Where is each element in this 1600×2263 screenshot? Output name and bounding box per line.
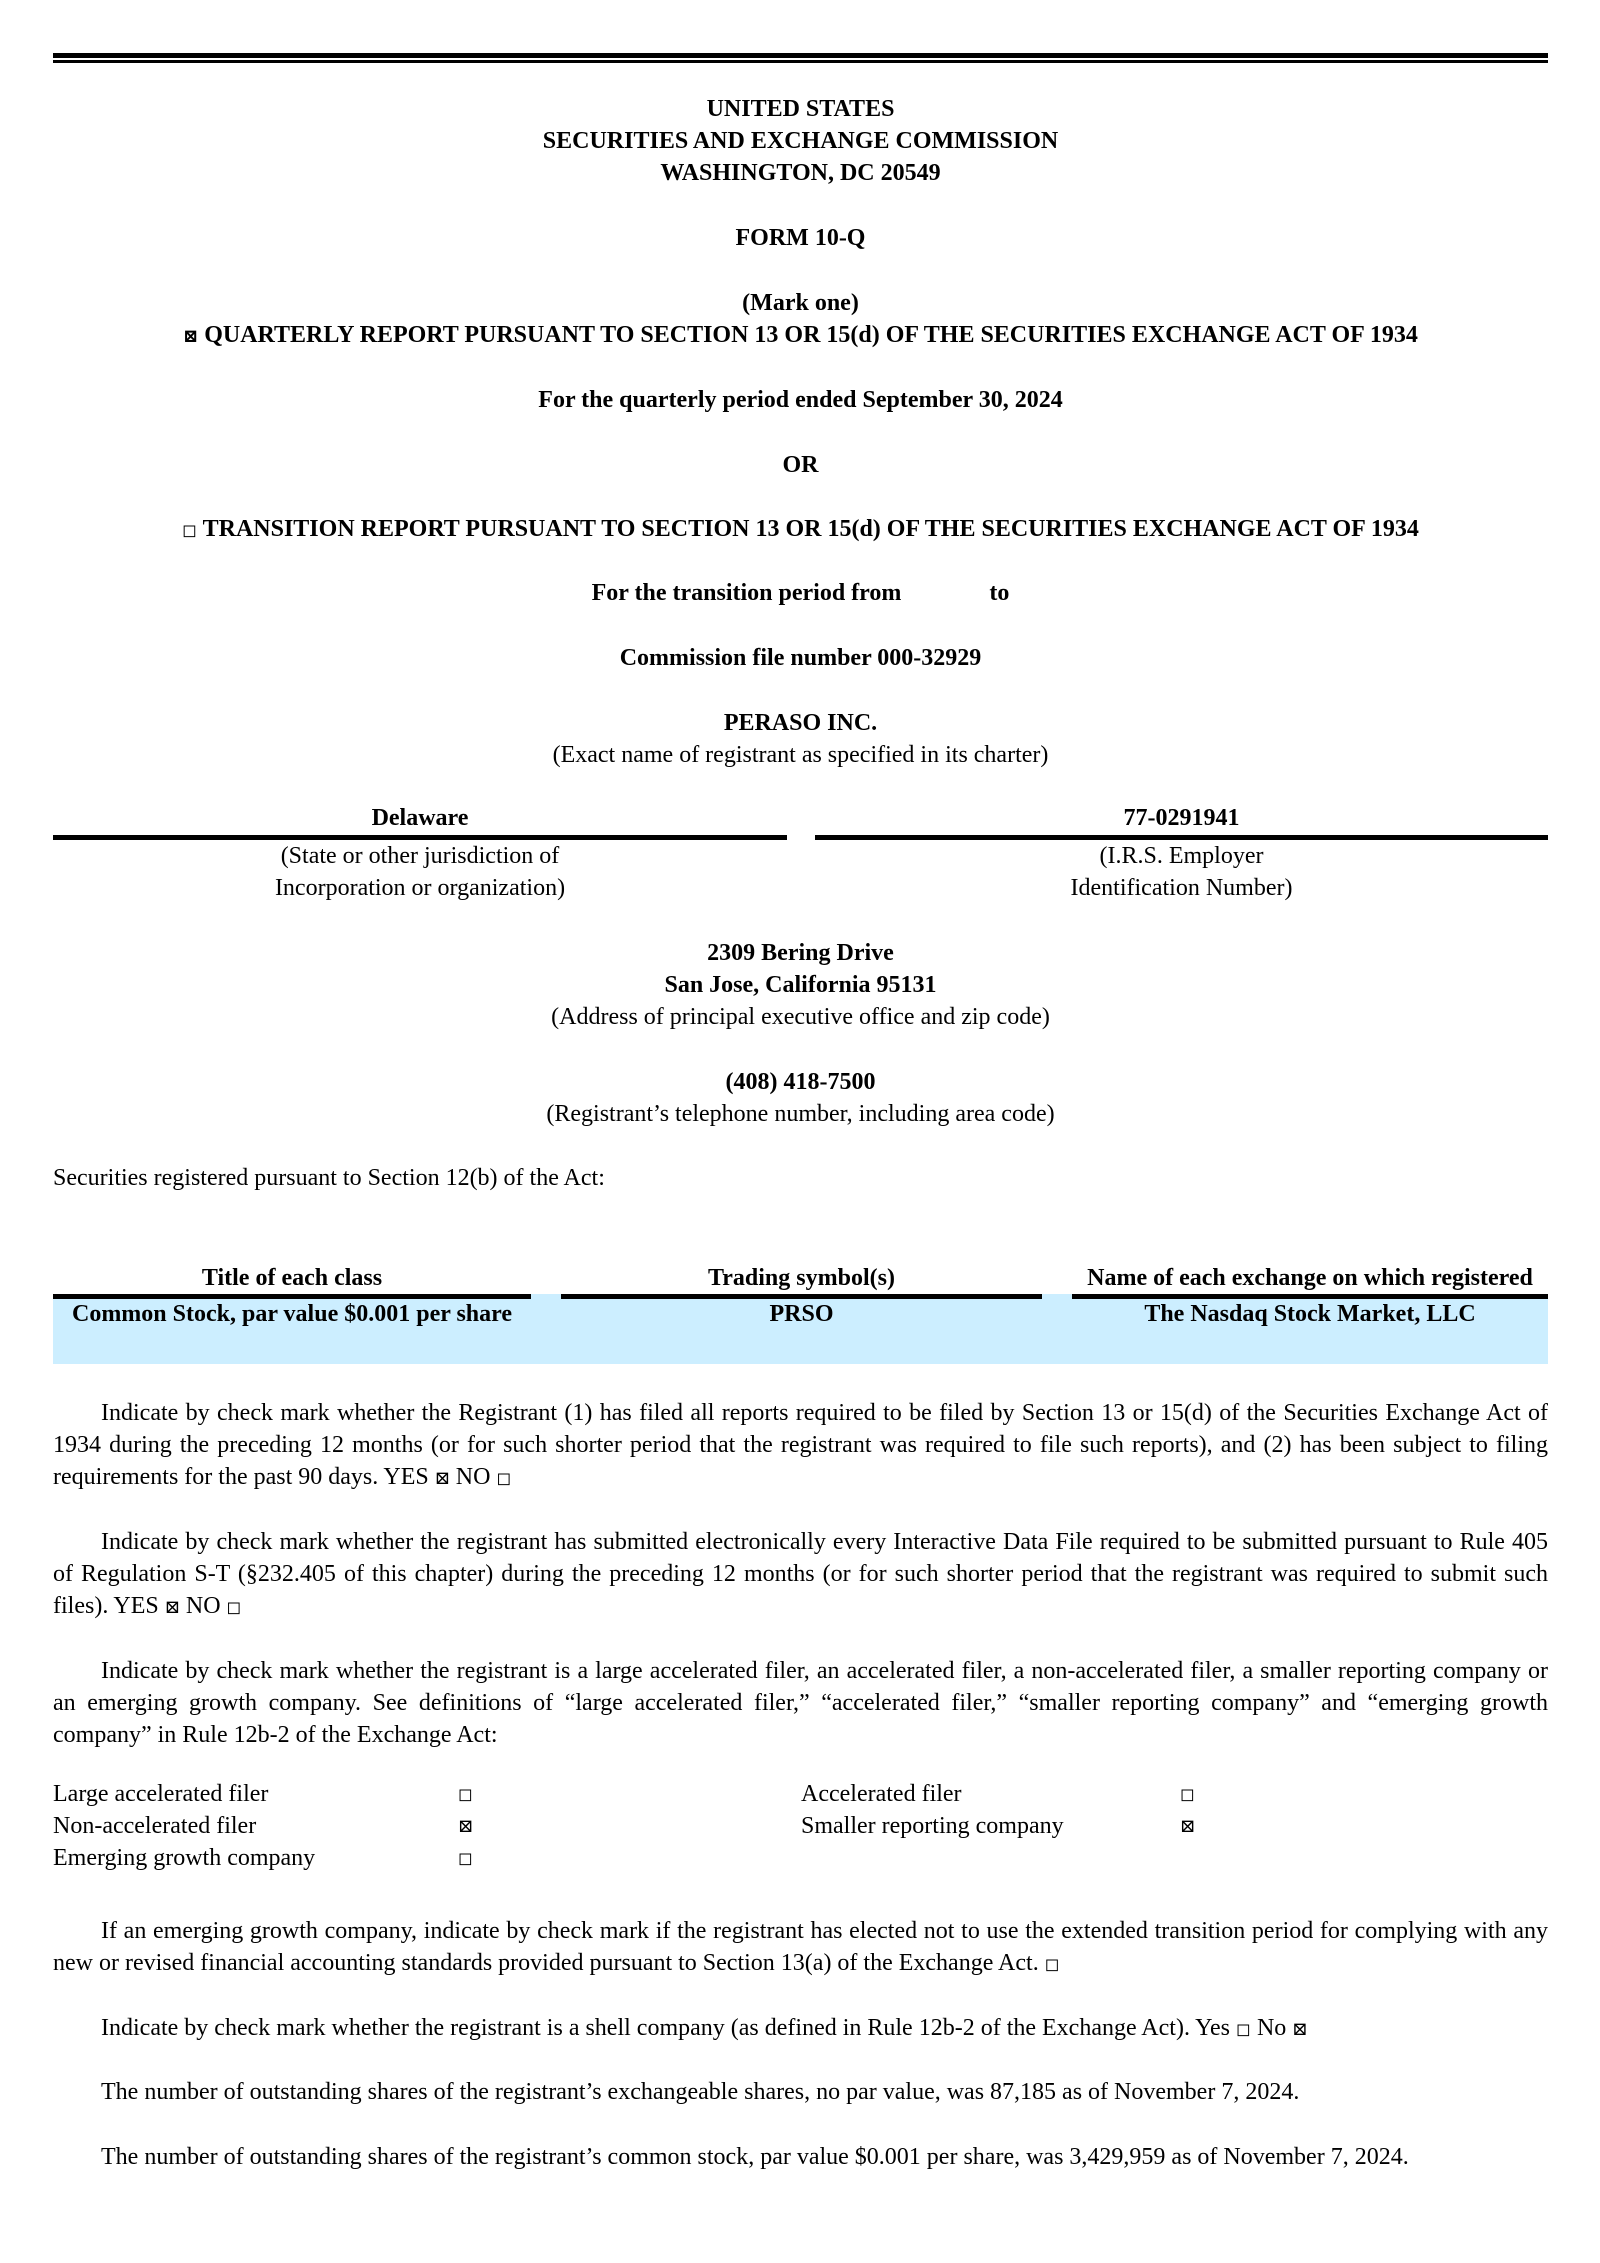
filed-reports-no-label: NO: [456, 1464, 491, 1490]
filer-status-text: Indicate by check mark whether the regis…: [53, 1658, 1548, 1748]
shell-company-no-label: No: [1257, 2015, 1286, 2041]
agency-line-3: WASHINGTON, DC 20549: [53, 157, 1548, 189]
emerging-growth-text: If an emerging growth company, indicate …: [53, 1918, 1548, 1976]
filed-reports-text: Indicate by check mark whether the Regis…: [53, 1400, 1548, 1490]
address-caption: (Address of principal executive office a…: [53, 1001, 1548, 1033]
unchecked-box-icon[interactable]: ◻: [182, 520, 197, 540]
shell-company-text: Indicate by check mark whether the regis…: [101, 2015, 1190, 2041]
exchange-name: The Nasdaq Stock Market, LLC: [1072, 1299, 1548, 1330]
security-title: Common Stock, par value $0.001 per share: [53, 1299, 531, 1330]
mark-one-block: (Mark one) ⊠ QUARTERLY REPORT PURSUANT T…: [53, 287, 1548, 352]
agency-header: UNITED STATES SECURITIES AND EXCHANGE CO…: [53, 93, 1548, 189]
form-title-text: FORM 10-Q: [53, 222, 1548, 254]
unchecked-box-icon[interactable]: ◻: [1180, 1778, 1195, 1810]
phone-number: (408) 418-7500: [53, 1066, 1548, 1098]
smaller-reporting-company-label: Smaller reporting company: [801, 1810, 1064, 1842]
registrant-name-caption: (Exact name of registrant as specified i…: [53, 739, 1548, 771]
checked-box-icon[interactable]: ⊠: [435, 1468, 450, 1488]
large-accelerated-filer-label: Large accelerated filer: [53, 1778, 268, 1810]
ein-column: 77-0291941 (I.R.S. Employer Identificati…: [815, 802, 1548, 904]
shell-company-yes-label: Yes: [1195, 2015, 1230, 2041]
trading-symbol: PRSO: [561, 1299, 1042, 1330]
or-text: OR: [53, 449, 1548, 481]
unchecked-box-icon[interactable]: ◻: [458, 1778, 473, 1810]
top-double-rule: [53, 53, 1548, 63]
form-title: FORM 10-Q: [53, 222, 1548, 254]
transition-period: For the transition period fromto: [53, 577, 1548, 609]
quarterly-report-option: ⊠ QUARTERLY REPORT PURSUANT TO SECTION 1…: [53, 319, 1548, 352]
quarterly-period: For the quarterly period ended September…: [53, 384, 1548, 416]
unchecked-box-icon[interactable]: ◻: [458, 1842, 473, 1874]
interactive-data-check: Indicate by check mark whether the regis…: [53, 1526, 1548, 1623]
unchecked-box-icon[interactable]: ◻: [496, 1468, 511, 1488]
transition-from-label: For the transition period from: [592, 580, 902, 606]
interactive-data-text: Indicate by check mark whether the regis…: [53, 1529, 1548, 1619]
agency-line-2: SECURITIES AND EXCHANGE COMMISSION: [53, 125, 1548, 157]
checked-box-icon[interactable]: ⊠: [183, 326, 198, 346]
commission-file-number: Commission file number 000-32929: [53, 642, 1548, 674]
common-shares-statement: The number of outstanding shares of the …: [53, 2141, 1548, 2173]
filer-row: Emerging growth company ◻: [53, 1842, 1548, 1874]
state-caption: (State or other jurisdiction of Incorpor…: [53, 840, 787, 904]
column-header-title: Title of each class: [53, 1262, 531, 1294]
ein-caption: (I.R.S. Employer Identification Number): [815, 840, 1548, 904]
registrant-name: PERASO INC.: [53, 707, 1548, 739]
state-caption-line-2: Incorporation or organization): [53, 872, 787, 904]
filed-reports-yes-label: YES: [383, 1464, 428, 1490]
interactive-data-no-label: NO: [186, 1593, 221, 1619]
accelerated-filer-label: Accelerated filer: [801, 1778, 962, 1810]
emerging-growth-check: If an emerging growth company, indicate …: [53, 1915, 1548, 1980]
quarterly-period-text: For the quarterly period ended September…: [53, 384, 1548, 416]
filer-row: Large accelerated filer ◻ Accelerated fi…: [53, 1778, 1548, 1810]
phone-caption: (Registrant’s telephone number, includin…: [53, 1098, 1548, 1130]
phone-block: (408) 418-7500 (Registrant’s telephone n…: [53, 1066, 1548, 1130]
transition-report-label: TRANSITION REPORT PURSUANT TO SECTION 13…: [203, 516, 1419, 542]
checked-box-icon[interactable]: ⊠: [165, 1597, 180, 1617]
exchangeable-shares-text: The number of outstanding shares of the …: [101, 2079, 1299, 2105]
shell-company-check: Indicate by check mark whether the regis…: [53, 2012, 1548, 2045]
unchecked-box-icon[interactable]: ◻: [1236, 2019, 1251, 2039]
transition-to-label: to: [989, 580, 1009, 606]
mark-one-label: (Mark one): [53, 287, 1548, 319]
securities-table: Title of each class Trading symbol(s) Na…: [53, 1222, 1548, 1364]
interactive-data-yes-label: YES: [113, 1593, 158, 1619]
commission-file-text: Commission file number 000-32929: [53, 642, 1548, 674]
transition-report-option: ◻ TRANSITION REPORT PURSUANT TO SECTION …: [53, 513, 1548, 546]
checked-box-icon[interactable]: ⊠: [1180, 1810, 1195, 1842]
rule-thick: [53, 53, 1548, 58]
address-line-1: 2309 Bering Drive: [53, 937, 1548, 969]
ein-value: 77-0291941: [815, 802, 1548, 834]
quarterly-report-label: QUARTERLY REPORT PURSUANT TO SECTION 13 …: [204, 322, 1418, 348]
non-accelerated-filer-label: Non-accelerated filer: [53, 1810, 256, 1842]
column-header-exchange: Name of each exchange on which registere…: [1072, 1262, 1548, 1294]
securities-intro-text: Securities registered pursuant to Sectio…: [53, 1162, 1548, 1194]
column-header-symbol: Trading symbol(s): [561, 1262, 1042, 1294]
filer-status-check: Indicate by check mark whether the regis…: [53, 1655, 1548, 1751]
filer-status-grid: Large accelerated filer ◻ Accelerated fi…: [53, 1778, 1548, 1874]
ein-caption-line-1: (I.R.S. Employer: [815, 840, 1548, 872]
unchecked-box-icon[interactable]: ◻: [227, 1597, 242, 1617]
emerging-growth-company-label: Emerging growth company: [53, 1842, 315, 1874]
jurisdiction-column: Delaware (State or other jurisdiction of…: [53, 802, 787, 904]
exchangeable-shares-statement: The number of outstanding shares of the …: [53, 2076, 1548, 2108]
state-value: Delaware: [53, 802, 787, 834]
ein-caption-line-2: Identification Number): [815, 872, 1548, 904]
common-shares-text: The number of outstanding shares of the …: [101, 2144, 1409, 2170]
agency-line-1: UNITED STATES: [53, 93, 1548, 125]
filed-reports-check: Indicate by check mark whether the Regis…: [53, 1397, 1548, 1494]
state-caption-line-1: (State or other jurisdiction of: [53, 840, 787, 872]
checked-box-icon[interactable]: ⊠: [1292, 2019, 1307, 2039]
rule-thin: [53, 60, 1548, 63]
address-block: 2309 Bering Drive San Jose, California 9…: [53, 937, 1548, 1033]
table-row: Common Stock, par value $0.001 per share…: [53, 1299, 1548, 1364]
checked-box-icon[interactable]: ⊠: [458, 1810, 473, 1842]
filer-row: Non-accelerated filer ⊠ Smaller reportin…: [53, 1810, 1548, 1842]
registrant-name-block: PERASO INC. (Exact name of registrant as…: [53, 707, 1548, 771]
or-separator: OR: [53, 449, 1548, 481]
address-line-2: San Jose, California 95131: [53, 969, 1548, 1001]
securities-intro: Securities registered pursuant to Sectio…: [53, 1162, 1548, 1194]
securities-table-header: Title of each class Trading symbol(s) Na…: [53, 1222, 1548, 1294]
unchecked-box-icon[interactable]: ◻: [1045, 1954, 1060, 1974]
